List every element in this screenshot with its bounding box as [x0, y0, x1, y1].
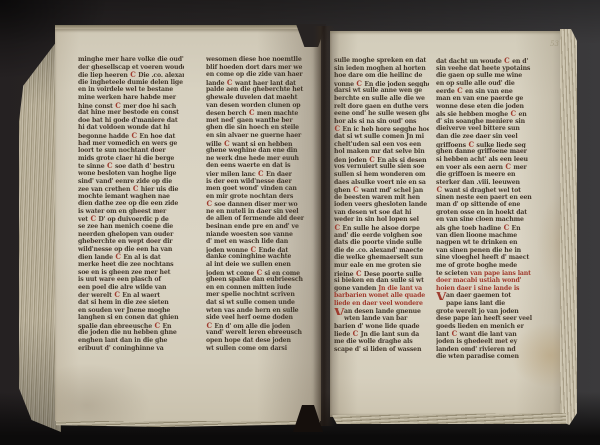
body-text: ghen danne griffoene maer: [436, 148, 527, 155]
body-text: eerde: [436, 88, 457, 95]
body-text: dese pape ian heeft seer veel: [436, 315, 532, 322]
text-line: sin ieden moghen al horten: [334, 65, 429, 73]
body-text: is water om en gheest mer: [78, 208, 166, 215]
text-line: gheberchte en wept doer dir: [78, 238, 184, 246]
text-line: darsi wt sulle anne wen ge: [334, 87, 429, 95]
body-text: ghewale duvelen dat maeht: [206, 94, 297, 101]
text-line: den joden C En als si desen: [334, 156, 429, 164]
body-text: dan die zee daer sin veel: [436, 133, 518, 140]
text-line: dien dathe zee op die een zide: [78, 200, 184, 208]
body-text: mer: [511, 164, 526, 171]
body-text: scape d' si liden of wassen: [334, 346, 421, 353]
body-text: sullen si hem wonderen om: [334, 171, 425, 178]
body-text: van desen wt soe dat hi: [334, 209, 411, 216]
text-line: eene ond' he sulle wesen ghe: [334, 110, 429, 118]
text-line: mur eale en me groten sie: [334, 262, 429, 270]
text-line: te sinne C soe dath d' bestru: [78, 162, 184, 170]
text-line: griffoens C sulke liede seg: [436, 141, 534, 149]
text-line: doe bat hi gode d'maniere dat: [78, 117, 184, 125]
text-line: hoien daer i sine lande is: [436, 285, 534, 293]
body-text: is uut ware een plasch of: [78, 276, 161, 283]
text-line: C En sulle he alsoe dorpe: [334, 224, 429, 232]
text-line: berchte en sulle alle die we: [334, 95, 429, 103]
body-text: loort te sun nochtant doer: [78, 147, 165, 154]
body-text: side veel herf oeme doden: [206, 314, 293, 321]
body-text: chelt'uden sal een vos een: [334, 141, 421, 148]
body-text: En ic heb hore segghe hoe: [340, 126, 429, 133]
body-text: d' met en wasch lide dan: [206, 238, 288, 245]
text-line: scape d' si liden of wassen: [334, 346, 429, 354]
body-text: enghen lant dan in die ghe: [78, 337, 167, 344]
body-text: gheen spalke dan eubrieesch: [206, 276, 303, 283]
body-text: te sinne: [78, 163, 107, 170]
body-text: en: [516, 111, 526, 118]
body-text: die de .co. alexand' maecte: [334, 247, 423, 254]
body-text: merke heet die zee nochtans: [78, 261, 174, 268]
text-line: die griffoen is meere en: [436, 171, 534, 179]
body-text: de allen of fermende ald deer: [206, 215, 304, 222]
body-text: berchte en sulle alle die we: [334, 95, 425, 102]
text-line: desen berch C men machte: [206, 109, 312, 117]
text-line: sin veehe dat heete ypotains: [436, 65, 534, 73]
body-text: danke coninghine wachte: [206, 253, 291, 260]
rubric-text: hoien daer i sine lande is: [436, 285, 519, 292]
text-line: zee van crethen C hier uis die: [78, 185, 184, 193]
text-line: ghewale duvelen dat maeht: [206, 94, 312, 102]
body-text: En al is dat: [121, 254, 160, 261]
text-line: vier milen lanc C En daer: [206, 170, 312, 178]
text-line: sullen si hem wonderen om: [334, 171, 429, 179]
body-text: hol maken mr dat selve bin: [334, 148, 425, 155]
text-line: merke heet die zee nochtans: [78, 261, 184, 269]
text-line: sterker dan .viii. leeuwen: [436, 179, 534, 187]
body-text: eribuut d' coninghinne va: [78, 345, 164, 352]
text-line: van desen worden clunen op: [206, 102, 312, 110]
rubric-text: liede en daer veel wondere: [334, 300, 423, 307]
body-text: men goet wond' vinden can: [206, 185, 297, 192]
text-line: landen omd' rivieren nd: [436, 346, 534, 354]
text-line: te scieten van pape ians lant: [436, 270, 534, 278]
body-text: sulle moghe spreken en dat: [334, 57, 426, 64]
body-text: dats die poorte vinde sulle: [334, 239, 422, 246]
text-line: wten vas ande hern en sulle: [206, 307, 312, 315]
body-text: Dese poorte sulle: [362, 271, 422, 278]
text-line: relt dore gaen en duthe vers: [334, 103, 429, 111]
text-line: eribuut d' coninghinne va: [78, 345, 184, 353]
text-line: d' met en wasch lide dan: [206, 238, 312, 246]
text-line: ne en nuteli in daer sin veel: [206, 208, 312, 216]
text-line: gone vanden Jn die lant va: [334, 285, 429, 293]
text-line: en van sine cloen machme: [436, 216, 534, 224]
text-column-left-2: wesomen diese hoe noemtlleblif hoeden do…: [206, 56, 312, 352]
text-line: neerden ghelopen van ouder: [78, 231, 184, 239]
text-line: minghe mer hare volke die oud': [78, 56, 184, 64]
body-text: d' sin soanghe meniere sin: [436, 118, 525, 125]
body-text: men machte: [255, 110, 298, 117]
body-text: dieiverve veel bittere sun: [436, 125, 520, 132]
text-line: vet C D' op duivoerdic p de: [78, 215, 184, 223]
body-text: joden wonne: [206, 247, 250, 254]
body-text: landen omd' rivieren nd: [436, 346, 516, 353]
text-line: eerde C en sin van ene: [436, 87, 534, 95]
body-text: gheberchte en wept doer dir: [78, 238, 172, 245]
body-text: daes alsulke voert nie en sa: [334, 179, 426, 186]
text-line: mids grote claer hi die berge: [78, 155, 184, 163]
text-line: met ned' gaen wanthe ber: [206, 117, 312, 125]
text-line: me of grote boghe mede: [436, 262, 534, 270]
body-text: desen berch: [206, 110, 248, 117]
text-line: hor als si na sin oud' ons: [334, 118, 429, 126]
text-line: de allen of fermende ald deer: [206, 215, 312, 223]
body-text: hoe dare om die heilinc de: [334, 72, 422, 79]
text-line: grote werelt jo van joden: [436, 308, 534, 316]
body-text: soe dath d' bestru: [113, 163, 175, 170]
text-line: ghen die sin hoech en steile: [206, 124, 312, 132]
text-line: en souden ver Jnene moghe: [78, 307, 184, 315]
body-text: weder in sin hol lopen sel: [334, 216, 419, 223]
text-line: sinen neste een paert en een: [436, 194, 534, 202]
body-text: dat hine mer bestode en const: [78, 109, 179, 116]
text-line: loort te sun nochtant doer: [78, 147, 184, 155]
text-line: en come op die zide van haer: [206, 71, 312, 79]
body-text: de beesten waren mit hen: [334, 194, 420, 201]
text-column-left-1: minghe mer hare volke die oud'der ghesel…: [78, 56, 184, 352]
text-line: blif hoeden dort dars mer we: [206, 64, 312, 72]
body-text: se zee han menich coene die: [78, 223, 173, 230]
body-text: ghen: [334, 187, 353, 194]
text-line: enghen lant dan in die ghe: [78, 337, 184, 345]
text-line: die ingheteele dumie delen lige: [78, 79, 184, 87]
text-line: wten lande van bar: [334, 315, 429, 323]
manuscript-right-page: 53 sulle moghe spreken en datsin ieden m…: [330, 31, 562, 417]
text-line: der ghesellscap et voeren wouden: [78, 64, 184, 72]
text-line: C want si draghet wel tot: [436, 186, 534, 194]
body-text: wten lande van bar: [344, 315, 407, 322]
text-line: liede en daer veel wondere: [334, 300, 429, 308]
text-line: is uut ware een plasch of: [78, 276, 184, 284]
text-line: palde aen die gheberchte het: [206, 86, 312, 94]
body-text: Ende dat: [256, 247, 288, 254]
body-text: Die .co. alexand': [136, 72, 184, 79]
body-text: den joden: [334, 157, 369, 164]
text-line: ghene weghine dan ene din: [206, 147, 312, 155]
body-text: En al waert: [120, 292, 160, 299]
body-text: hier uis die: [139, 186, 179, 193]
body-text: en sin alvaer ne guerne haer: [206, 132, 301, 139]
body-text: langhen si en conen dat ghien: [78, 314, 178, 321]
body-text: liede: [334, 331, 352, 338]
text-line: goeds lieden en menich er: [436, 323, 534, 331]
body-text: ioden veers ghesloten lande: [334, 201, 427, 208]
text-line: die welke ghemaerselt sun: [334, 254, 429, 262]
text-line: si bieken en dan sulle si wt: [334, 277, 429, 285]
manuscript-photo: minghe mer hare volke die oud'der ghesel…: [0, 0, 600, 445]
text-line: is water om en gheest mer: [78, 208, 184, 216]
body-text: vier milen lanc: [206, 171, 258, 178]
body-text: ghen die sin hoech en steile: [206, 124, 299, 131]
body-text: dat si wt sulle comen Jn mi: [334, 133, 424, 140]
text-line: had mer vomedich en wers ge: [78, 140, 184, 148]
text-line: C En ic heb hore segghe hoe: [334, 125, 429, 133]
body-text: die welke ghemaerselt sun: [334, 254, 423, 261]
body-text: mids grote claer hi die berge: [78, 155, 174, 162]
body-text: D' op duivoerdic p de: [96, 216, 168, 223]
body-text: van dien lioone machme: [436, 232, 517, 239]
body-text: wild'nesse op die een ha van: [78, 246, 172, 253]
body-text: en op sulle alle oud' die: [436, 80, 515, 87]
body-text: sind' vand' eenre zide op die: [78, 178, 172, 185]
body-text: and' die eerde volghen soe: [334, 232, 422, 239]
text-line: dieiverve veel bittere sun: [436, 125, 534, 133]
body-text: man d' op sittende of ene: [436, 201, 520, 208]
body-text: mochte iemant waghen nae: [78, 193, 170, 200]
body-text: En daer: [264, 171, 292, 178]
text-line: dat si wt sulle comen unde: [206, 299, 312, 307]
body-text: me of grote boghe mede: [436, 262, 517, 269]
body-text: want haer lant dat: [233, 80, 296, 87]
text-line: als sie hebben moghe C en: [436, 110, 534, 118]
body-text: wone besloten van hoghe lige: [78, 170, 176, 177]
body-text: Jn die lant sun da: [359, 331, 420, 338]
body-text: en en connen mitten iude: [206, 284, 291, 291]
text-line: wille C want si en hebben: [206, 140, 312, 148]
body-text: die griffoen is meere en: [436, 171, 515, 178]
body-text: me die wolle draghe als: [334, 338, 413, 345]
text-line: vonne C En die joden segghe: [334, 80, 429, 88]
text-line: sine vloeghel heeft d' maect: [436, 254, 534, 262]
body-text: griffoens: [436, 142, 468, 149]
body-text: ghene weghine dan ene din: [206, 147, 297, 154]
body-text: dien dathe zee op die een zide: [78, 200, 178, 207]
text-line: lant C want die lant van: [436, 330, 534, 338]
text-line: sind' vand' eenre zide op die: [78, 178, 184, 186]
body-text: want die lant van: [458, 331, 517, 338]
body-text: mine werken hare habde mer: [78, 94, 176, 101]
text-line: hine const C mer doe hi sach: [78, 102, 184, 110]
text-line: barbarien wonet alle quade: [334, 292, 429, 300]
text-line: begonne hadde C En hoe dat: [78, 132, 184, 140]
body-text: niande woesten soe vanne: [206, 231, 293, 238]
body-text: vonne: [334, 81, 356, 88]
page-edges-right: [560, 29, 577, 425]
text-line: dat dacht un woude C en d': [436, 57, 534, 65]
text-line: niande woesten soe vanne: [206, 231, 312, 239]
body-text: lande: [206, 80, 226, 87]
body-text: relt dore gaen en duthe vers: [334, 103, 428, 110]
body-text: neerden ghelopen van ouder: [78, 231, 173, 238]
body-text: besinan ende pre en and' ve: [206, 223, 299, 230]
body-text: sterker dan .viii. leeuwen: [436, 179, 520, 186]
body-text: doe bat hi gode d'maniere dat: [78, 117, 178, 124]
body-text: en van sine cloen machme: [436, 216, 524, 223]
text-line: pape ians lant die: [436, 300, 534, 308]
text-line: gheen spalke dan eubrieesch: [206, 276, 312, 284]
text-line: mochte iemant waghen nae: [78, 193, 184, 201]
text-column-right-2: dat dacht un woude C en d'sin veehe dat …: [436, 57, 534, 361]
rubric-initial: V: [436, 292, 446, 300]
text-line: en op sulle alle oud' die: [436, 80, 534, 88]
body-text: En: [160, 323, 171, 330]
body-text: en sin van ene: [463, 88, 513, 95]
rubric-text: van pape ians lant: [470, 270, 531, 277]
body-text: als sie hebben moghe: [436, 111, 510, 118]
text-line: vand' werelt leren ebreeusch: [206, 329, 312, 337]
body-text: an daer gaemen tot: [446, 292, 511, 299]
body-text: barien d' wone lide quade: [334, 323, 419, 330]
text-line: vos vernuiert sulle sien soe: [334, 163, 429, 171]
body-text: wille: [206, 141, 224, 148]
body-text: hi dat voldoen wonde dat hi: [78, 124, 170, 131]
text-line: besinan ende pre en and' ve: [206, 223, 312, 231]
text-line: mine werken hare habde mer: [78, 94, 184, 102]
text-line: C En d' om alle die joden: [206, 322, 312, 330]
body-text: dien lande: [78, 254, 115, 261]
text-line: dat hine mer bestode en const: [78, 109, 184, 117]
text-line: hoe dare om die heilinc de: [334, 72, 429, 80]
body-text: den eens waerte en dat is: [206, 162, 290, 169]
text-line: joden is ghedeelt met ey: [436, 338, 534, 346]
body-text: te scieten: [436, 270, 470, 277]
text-line: daes alsulke voert nie en sa: [334, 179, 429, 187]
body-text: dat dacht un woude: [436, 58, 504, 65]
text-line: mer spelie nochtnt scriven: [206, 291, 312, 299]
text-line: is der een wild'nesse daer: [206, 178, 312, 186]
body-text: hine const: [78, 103, 115, 110]
text-line: me die wolle draghe als: [334, 338, 429, 346]
rubric-text: doer macabi ustiah wond': [436, 277, 521, 284]
body-text: en mir grote nochtan ders: [206, 193, 293, 200]
body-text: soe en is gheen zee mer het: [78, 269, 170, 276]
body-text: want si draghet wel tot: [442, 187, 520, 194]
body-text: grote werelt jo van joden: [436, 308, 519, 315]
text-line: wesomen diese hoe noemtlle: [206, 56, 312, 64]
body-text: sinen neste een paert en een: [436, 194, 532, 201]
text-line: al int deie we sullen enen: [206, 261, 312, 269]
body-text: zee van crethen: [78, 186, 132, 193]
body-text: begonne hadde: [78, 133, 131, 140]
text-line: die liep heeren C Die .co. alexand': [78, 71, 184, 79]
body-text: goeds lieden en menich er: [436, 323, 524, 330]
text-line: open hope dat dese joden: [206, 337, 312, 345]
text-line: ne werk dne hede mer euuh: [206, 155, 312, 163]
body-text: als ghe toeb hadine: [436, 225, 503, 232]
body-text: En die joden segghe: [362, 81, 429, 88]
body-text: had mer vomedich en wers ge: [78, 140, 177, 147]
body-text: man en van ene paerde ge: [436, 95, 523, 102]
text-line: van desen wt soe dat hi: [334, 209, 429, 217]
text-line: wild'nesse op die een ha van: [78, 246, 184, 254]
text-line: en en connen mitten iude: [206, 284, 312, 292]
text-line: nagpen wt te drinken en: [436, 239, 534, 247]
manuscript-left-page: minghe mer hare volke die oud'der ghesel…: [55, 29, 321, 421]
body-text: een poel die alre wilde van: [78, 284, 166, 291]
text-line: spalie dan ebreeusche C En: [78, 322, 184, 330]
body-text: groten osse en in hoekt dat: [436, 209, 527, 216]
body-text: si hebben acht' als een leeu: [436, 156, 528, 163]
text-line: C soe dannen diser mer wo: [206, 200, 312, 208]
text-line: ioden veers ghesloten lande: [334, 201, 429, 209]
body-text: en voer als een aern: [436, 164, 505, 171]
body-text: En d' om alle die joden: [212, 323, 290, 330]
text-column-right-1: sulle moghe spreken en datsin ieden mogh…: [334, 57, 429, 353]
body-text: hor als si na sin oud' ons: [334, 118, 416, 125]
text-line: man d' op sittende of ene: [436, 201, 534, 209]
body-text: En hoe dat: [137, 133, 175, 140]
text-line: dat si wt sulle comen Jn mi: [334, 133, 429, 141]
body-text: die ingheteele dumie delen lige: [78, 79, 183, 86]
text-line: se zee han menich coene die: [78, 223, 184, 231]
body-text: sine vloeghel heeft d' maect: [436, 254, 529, 261]
text-line: weder in sin hol lopen sel: [334, 216, 429, 224]
text-line: barien d' wone lide quade: [334, 323, 429, 331]
body-text: wt sullen come om darsi: [206, 345, 287, 352]
text-line: liede C Jn die lant sun da: [334, 330, 429, 338]
body-text: wten vas ande hern en sulle: [206, 307, 298, 314]
body-text: van desen worden clunen op: [206, 102, 300, 109]
body-text: rieine: [334, 271, 355, 278]
text-line: den eens waerte en dat is: [206, 162, 312, 170]
text-line: dats die poorte vinde sulle: [334, 239, 429, 247]
text-line: wt sullen come om darsi: [206, 345, 312, 353]
text-line: men goet wond' vinden can: [206, 185, 312, 193]
body-text: ne werk dne hede mer euuh: [206, 155, 299, 162]
text-line: dan die zee daer sin veel: [436, 133, 534, 141]
body-text: sin ieden moghen al horten: [334, 65, 426, 72]
body-text: en come op die zide van haer: [206, 71, 303, 78]
text-line: langhen si en conen dat ghien: [78, 314, 184, 322]
text-line: en in voirdele wel te bestane: [78, 86, 184, 94]
body-text: mer doe hi sach: [121, 103, 176, 110]
body-text: ne en nuteli in daer sin veel: [206, 208, 298, 215]
text-line: van sinen penen die he in: [436, 247, 534, 255]
text-line: dese pape ian heeft seer veel: [436, 315, 534, 323]
text-line: lande C want haer lant dat: [206, 79, 312, 87]
text-line: danke coninghine wachte: [206, 253, 312, 261]
body-text: mur eale en me groten sie: [334, 262, 421, 269]
body-text: vos vernuiert sulle sien soe: [334, 163, 424, 170]
text-line: sulle moghe spreken en dat: [334, 57, 429, 65]
body-text: mer spelie nochtnt scriven: [206, 291, 295, 298]
text-line: en mir grote nochtan ders: [206, 193, 312, 201]
body-text: sulke liede seg: [474, 142, 525, 149]
text-line: de beesten waren mit hen: [334, 194, 429, 202]
body-text: van sinen penen die he in: [436, 247, 521, 254]
body-text: is der een wild'nesse daer: [206, 178, 292, 185]
body-text: der ghesellscap et voeren wouden: [78, 64, 184, 71]
body-text: eene ond' he sulle wesen ghe: [334, 110, 429, 117]
body-text: open hope dat dese joden: [206, 337, 291, 344]
text-line: man en van ene paerde ge: [436, 95, 534, 103]
text-line: hol maken mr dat selve bin: [334, 148, 429, 156]
body-text: die gaen op sulle me wine: [436, 72, 522, 79]
text-line: een poel die alre wilde van: [78, 284, 184, 292]
text-line: and' die eerde volghen soe: [334, 232, 429, 240]
rubric-text: Jn die lant va: [378, 285, 422, 292]
body-text: si bieken en dan sulle si wt: [334, 277, 424, 284]
text-line: Van desen lande gnenue: [334, 308, 429, 316]
text-line: hi dat voldoen wonde dat hi: [78, 124, 184, 132]
text-line: die gaen op sulle me wine: [436, 72, 534, 80]
text-line: en voer als een aern C mer: [436, 163, 534, 171]
text-line: doer macabi ustiah wond': [436, 277, 534, 285]
body-text: en in voirdele wel te bestane: [78, 86, 173, 93]
body-text: wesomen diese hoe noemtlle: [206, 56, 302, 63]
body-text: En als si desen: [375, 157, 426, 164]
body-text: der werelt: [78, 292, 114, 299]
body-text: want md' schel jan: [359, 187, 423, 194]
body-text: want si en hebben: [230, 141, 292, 148]
text-line: groten osse en in hoekt dat: [436, 209, 534, 217]
